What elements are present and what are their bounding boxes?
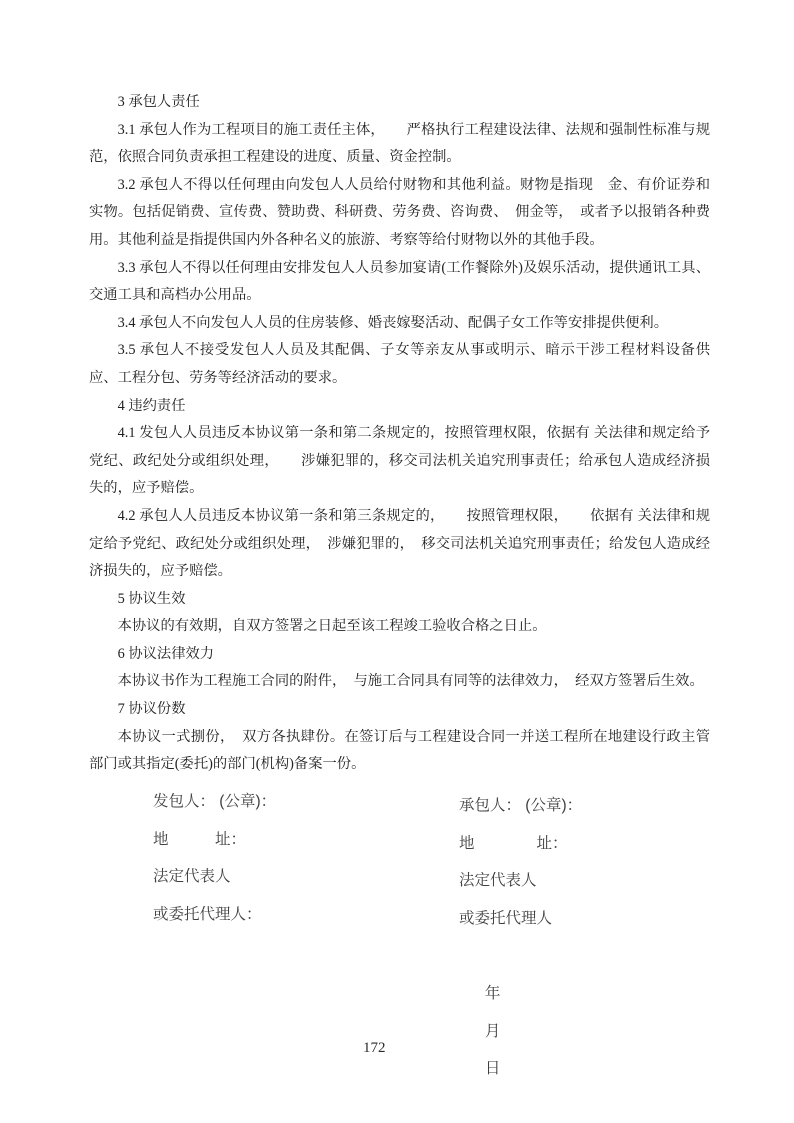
date-year-label: 年 [485, 975, 501, 1013]
contractor-agent-label: 或委托代理人 [459, 900, 590, 938]
contractor-party-label: 承包人： (公章)： [459, 787, 590, 825]
signature-block-contractor: 承包人： (公章)： 地 址： 法定代表人 或委托代理人 年 月 日 [459, 787, 590, 1123]
employer-address-label: 地 址： [153, 821, 276, 859]
employer-legal-representative-label: 法定代表人 [153, 858, 276, 896]
heading-copies: 7 协议份数 [89, 696, 710, 724]
clause-4-2: 4.2 承包人人员违反本协议第一条和第三条规定的， 按照管理权限， 依据有 关法… [89, 503, 710, 586]
document-page: 3 承包人责任 3.1 承包人作为工程项目的施工责任主体， 严格执行工程建设法律… [0, 0, 794, 1123]
clause-6-body: 本协议书作为工程施工合同的附件， 与施工合同具有同等的法律效力， 经双方签署后生… [89, 668, 710, 696]
date-day-label: 日 [485, 1060, 501, 1077]
clause-3-1: 3.1 承包人作为工程项目的施工责任主体， 严格执行工程建设法律、法规和强制性标… [89, 117, 710, 172]
clause-4-1: 4.1 发包人人员违反本协议第一条和第二条规定的，按照管理权限，依据有 关法律和… [89, 420, 710, 503]
employer-party-label: 发包人： (公章)： [153, 783, 276, 821]
heading-contractor-responsibility: 3 承包人责任 [89, 89, 710, 117]
contractor-legal-representative-label: 法定代表人 [459, 862, 590, 900]
clause-3-4: 3.4 承包人不向发包人人员的住房装修、婚丧嫁娶活动、配偶子女工作等安排提供便利… [89, 310, 710, 338]
clause-5-body: 本协议的有效期，自双方签署之日起至该工程竣工验收合格之日止。 [89, 613, 710, 641]
clause-3-3: 3.3 承包人不得以任何理由安排发包人人员参加宴请(工作餐除外)及娱乐活动，提供… [89, 255, 710, 310]
contractor-address-label: 地 址： [459, 825, 590, 863]
heading-legal-force: 6 协议法律效力 [89, 641, 710, 669]
date-line: 年 月 日 [459, 937, 590, 1123]
clause-3-2: 3.2 承包人不得以任何理由向发包人人员给付财物和其他利益。财物是指现 金、有价… [89, 172, 710, 255]
contract-body: 3 承包人责任 3.1 承包人作为工程项目的施工责任主体， 严格执行工程建设法律… [89, 89, 710, 779]
employer-agent-label: 或委托代理人： [153, 896, 276, 934]
clause-3-5: 3.5 承包人不接受发包人人员及其配偶、子女等亲友从事或明示、暗示干涉工程材料设… [89, 337, 710, 392]
clause-7-body: 本协议一式捌份， 双方各执肆份。在签订后与工程建设合同一并送工程所在地建设行政主… [89, 724, 710, 779]
page-number: 172 [363, 1040, 386, 1057]
heading-breach-liability: 4 违约责任 [89, 393, 710, 421]
heading-agreement-effective: 5 协议生效 [89, 586, 710, 614]
date-month-label: 月 [485, 1013, 501, 1051]
signature-block-employer: 发包人： (公章)： 地 址： 法定代表人 或委托代理人： [153, 783, 276, 933]
